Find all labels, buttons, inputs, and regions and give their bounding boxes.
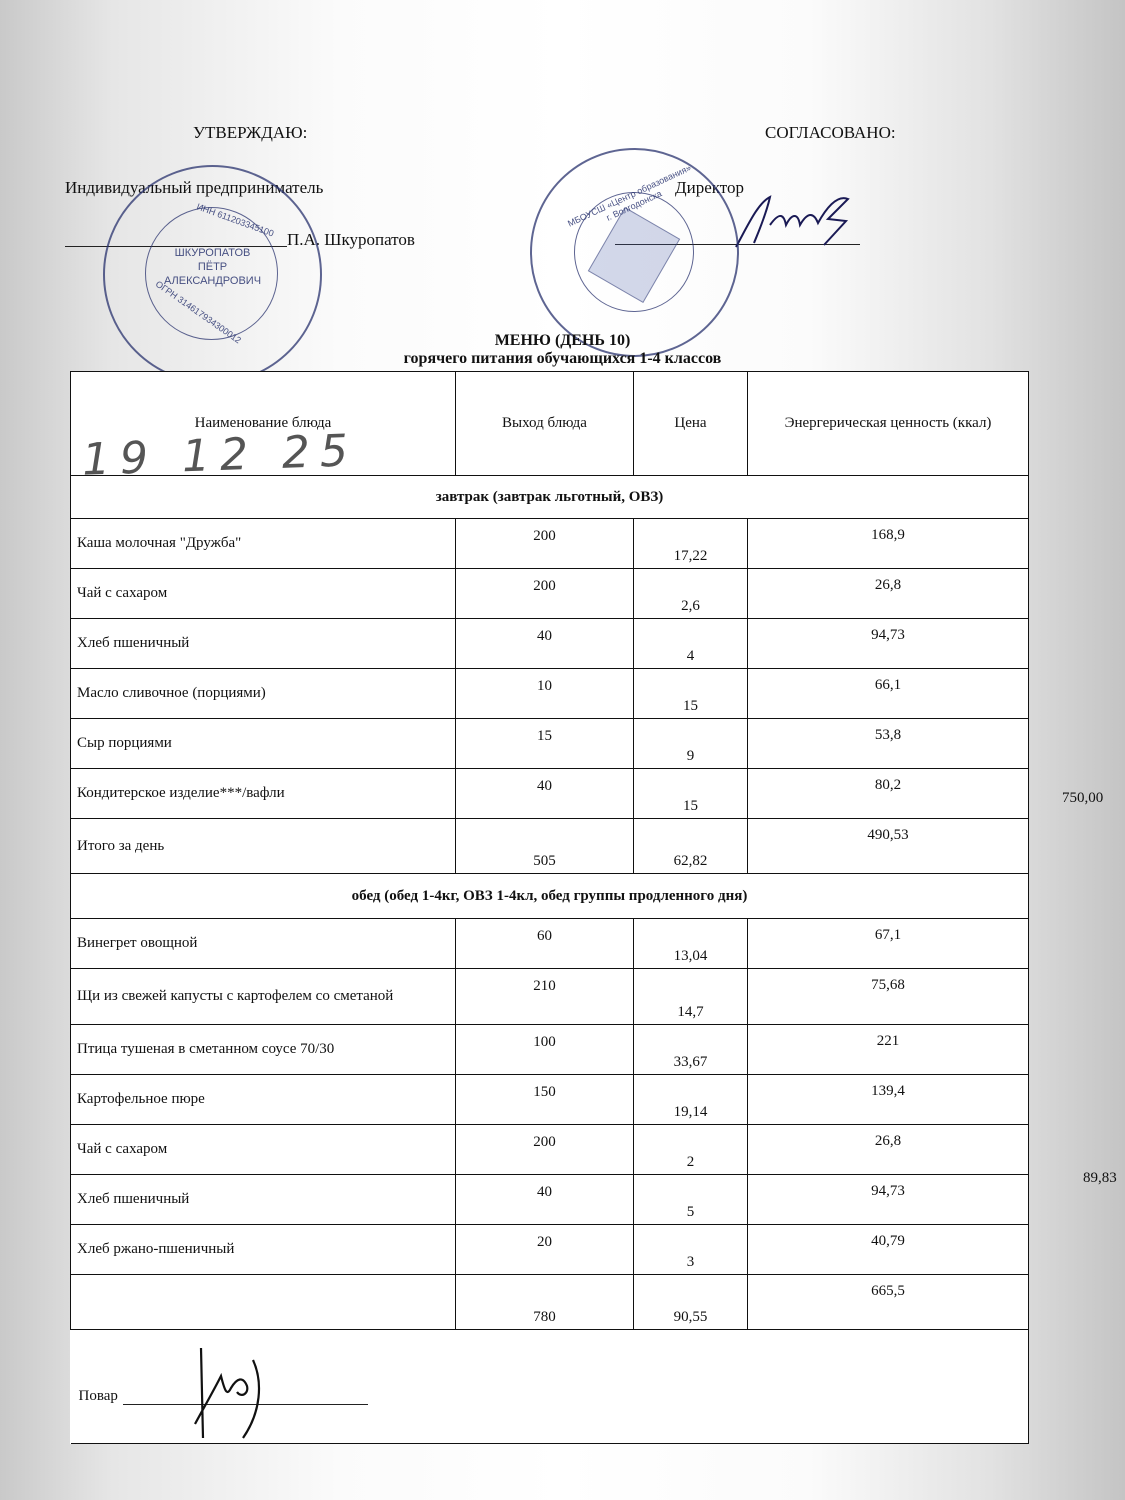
table-row: Винегрет овощной6013,0467,1	[71, 919, 1029, 969]
dish-price: 9	[634, 719, 748, 769]
breakfast-total-row: Итого за день 505 62,82 490,53	[71, 819, 1029, 874]
table-row: Чай с сахаром200226,8	[71, 1125, 1029, 1175]
dish-price: 15	[634, 769, 748, 819]
dish-name: Чай с сахаром	[71, 569, 456, 619]
table-row: Щи из свежей капусты с картофелем со сме…	[71, 969, 1029, 1025]
menu-title: МЕНЮ (ДЕНЬ 10)	[0, 332, 1125, 350]
director-signature	[728, 185, 868, 255]
dish-yield: 40	[456, 769, 634, 819]
dish-kcal: 94,73	[748, 619, 1029, 669]
dish-yield: 200	[456, 569, 634, 619]
total-label: Итого за день	[71, 819, 456, 874]
lunch-section-title: обед (обед 1-4кг, ОВЗ 1-4кл, обед группы…	[71, 874, 1029, 919]
dish-price: 14,7	[634, 969, 748, 1025]
lunch-total-price: 90,55	[634, 1275, 748, 1330]
dish-kcal: 221	[748, 1025, 1029, 1075]
cook-signature	[191, 1342, 301, 1442]
total-price: 62,82	[634, 819, 748, 874]
dish-yield: 100	[456, 1025, 634, 1075]
lunch-total-yield: 780	[456, 1275, 634, 1330]
dish-price: 3	[634, 1225, 748, 1275]
dish-yield: 210	[456, 969, 634, 1025]
approve-heading: УТВЕРЖДАЮ:	[193, 123, 307, 143]
dish-price: 13,04	[634, 919, 748, 969]
cook-label: Повар	[79, 1388, 118, 1405]
lunch-total-kcal: 665,5	[748, 1275, 1029, 1330]
dish-price: 2,6	[634, 569, 748, 619]
table-row: Кондитерское изделие***/вафли401580,2	[71, 769, 1029, 819]
table-row: Птица тушеная в сметанном соусе 70/30100…	[71, 1025, 1029, 1075]
handwritten-date: 19 12 25	[81, 425, 359, 486]
dish-name: Щи из свежей капусты с картофелем со сме…	[71, 969, 456, 1025]
dish-kcal: 168,9	[748, 519, 1029, 569]
dish-price: 15	[634, 669, 748, 719]
agreed-heading: СОГЛАСОВАНО:	[765, 123, 896, 143]
dish-name: Хлеб пшеничный	[71, 619, 456, 669]
dish-yield: 60	[456, 919, 634, 969]
lunch-section-row: обед (обед 1-4кг, ОВЗ 1-4кл, обед группы…	[71, 874, 1029, 919]
dish-kcal: 40,79	[748, 1225, 1029, 1275]
header-yield: Выход блюда	[456, 372, 634, 476]
dish-kcal: 139,4	[748, 1075, 1029, 1125]
dish-name: Хлеб пшеничный	[71, 1175, 456, 1225]
table-row: Сыр порциями15953,8	[71, 719, 1029, 769]
header-price: Цена	[634, 372, 748, 476]
dish-price: 5	[634, 1175, 748, 1225]
signature-row: Повар	[71, 1330, 1029, 1444]
dish-yield: 15	[456, 719, 634, 769]
table-row: Хлеб пшеничный40494,73	[71, 619, 1029, 669]
dish-yield: 200	[456, 519, 634, 569]
dish-yield: 40	[456, 619, 634, 669]
dish-kcal: 26,8	[748, 1125, 1029, 1175]
total-kcal: 490,53	[748, 819, 1029, 874]
dish-name: Винегрет овощной	[71, 919, 456, 969]
dish-yield: 40	[456, 1175, 634, 1225]
header-energy: Энергерическая ценность (ккал)	[748, 372, 1029, 476]
dish-name: Птица тушеная в сметанном соусе 70/30	[71, 1025, 456, 1075]
lunch-total-row: 780 90,55 665,5	[71, 1275, 1029, 1330]
dish-kcal: 94,73	[748, 1175, 1029, 1225]
dish-kcal: 80,2	[748, 769, 1029, 819]
table-row: Хлеб пшеничный40594,73	[71, 1175, 1029, 1225]
dish-name: Масло сливочное (порциями)	[71, 669, 456, 719]
lunch-total-label	[71, 1275, 456, 1330]
school-stamp: МБОУСШ «Центр образования» г. Волгодонск…	[530, 148, 739, 357]
total-yield: 505	[456, 819, 634, 874]
dish-yield: 10	[456, 669, 634, 719]
dish-yield: 200	[456, 1125, 634, 1175]
dish-price: 19,14	[634, 1075, 748, 1125]
dish-kcal: 67,1	[748, 919, 1029, 969]
dish-name: Картофельное пюре	[71, 1075, 456, 1125]
dish-name: Сыр порциями	[71, 719, 456, 769]
dish-price: 4	[634, 619, 748, 669]
table-row: Каша молочная "Дружба"20017,22168,9	[71, 519, 1029, 569]
dish-price: 33,67	[634, 1025, 748, 1075]
menu-table: Наименование блюда Выход блюда Цена Энер…	[70, 371, 1029, 1444]
dish-kcal: 53,8	[748, 719, 1029, 769]
breakfast-section-title: завтрак (завтрак льготный, ОВЗ)	[71, 476, 1029, 519]
dish-kcal: 75,68	[748, 969, 1029, 1025]
dish-name: Чай с сахаром	[71, 1125, 456, 1175]
breakfast-section-row: завтрак (завтрак льготный, ОВЗ)	[71, 476, 1029, 519]
dish-name: Кондитерское изделие***/вафли	[71, 769, 456, 819]
table-row: Масло сливочное (порциями)101566,1	[71, 669, 1029, 719]
dish-price: 17,22	[634, 519, 748, 569]
lunch-side-value: 89,83	[1083, 1170, 1117, 1187]
menu-subtitle: горячего питания обучающихся 1-4 классов	[0, 350, 1125, 368]
dish-yield: 150	[456, 1075, 634, 1125]
dish-yield: 20	[456, 1225, 634, 1275]
table-row: Картофельное пюре15019,14139,4	[71, 1075, 1029, 1125]
dish-price: 2	[634, 1125, 748, 1175]
dish-kcal: 66,1	[748, 669, 1029, 719]
dish-name: Каша молочная "Дружба"	[71, 519, 456, 569]
dish-name: Хлеб ржано-пшеничный	[71, 1225, 456, 1275]
table-row: Хлеб ржано-пшеничный20340,79	[71, 1225, 1029, 1275]
table-row: Чай с сахаром2002,626,8	[71, 569, 1029, 619]
breakfast-side-value: 750,00	[1062, 790, 1103, 807]
dish-kcal: 26,8	[748, 569, 1029, 619]
